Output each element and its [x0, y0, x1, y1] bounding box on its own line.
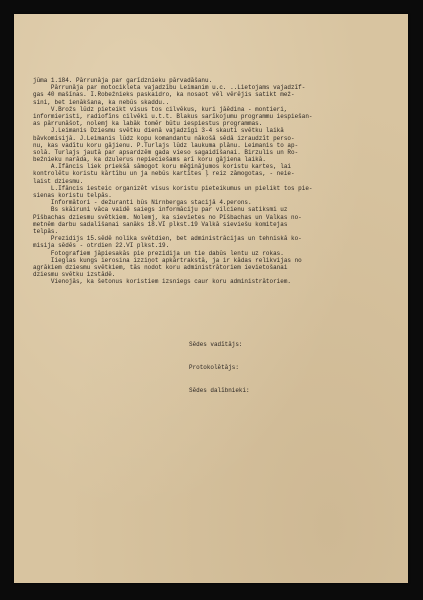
text-line: as pārrunāšot, nolemj ka labāk tomēr būt…: [33, 120, 403, 127]
text-line: sini, bet ienākšana, ka nebūs skaddu..: [33, 99, 403, 106]
text-line: gas 40 mašīnas. I.Robežnieks paskaidro, …: [33, 91, 403, 98]
text-line: Pārrunāja par motocikleta vajadzību Leim…: [33, 84, 403, 91]
text-line: Informātori - dežuranti būs Nirnbergas s…: [33, 199, 403, 206]
text-line: Bs skāiruni vāca vaidē saiegs informācij…: [33, 206, 403, 213]
text-line: misija sēdēs - otrdien 22.VI plkst.19.: [33, 242, 403, 249]
text-line: dziesmu svētku izstādē.: [33, 271, 403, 278]
text-line: L.Ifāncis iesteic organizēt visus korist…: [33, 185, 403, 192]
text-line: Iieglas kungs ierosina izziņot apkārtrak…: [33, 257, 403, 264]
text-line: Prezidijs 15.sēdē nolika svētdien, bet a…: [33, 235, 403, 242]
signature-chair-label: Sēdes vadītājs:: [189, 341, 242, 348]
text-line: kontrolētu koristu kārtību un ja nebūs k…: [33, 170, 403, 177]
document-body: jūma 1.184. Pārrunāja par garīdznieku pā…: [33, 77, 403, 285]
signature-members-label: Sēdes dalībnieki:: [189, 387, 250, 394]
text-line: nu, kas vadītu koru gājienu. P.Turlajs l…: [33, 142, 403, 149]
text-line: jūma 1.184. Pārrunāja par garīdznieku pā…: [33, 77, 403, 84]
text-line: sienas koristu telpās.: [33, 192, 403, 199]
text-line: bāvkomisijā. J.Leimanis lūdz kopu komand…: [33, 135, 403, 142]
text-line: agrākiem dziesmu svētkiem, tās nodot kor…: [33, 264, 403, 271]
text-line: laist dziesmu.: [33, 178, 403, 185]
text-line: metnēm darbu sadalīšanai sanāks 18.VI pl…: [33, 221, 403, 228]
text-line: Pīšbachas dziesmu svētkiem. Nolemj, ka s…: [33, 214, 403, 221]
text-line: A.Ifāncis liek priekšā sāmogot koru mēģi…: [33, 163, 403, 170]
text-line: V.Brožs lūdz pieteikt visus tos cilvēkus…: [33, 106, 403, 113]
text-line: solā. Turlajs jautā par apsardzēm gada v…: [33, 149, 403, 156]
text-line: informieristi, radiofīns cilvēki u.t.t. …: [33, 113, 403, 120]
text-line: Fotografiem jāpiesakās pie prezidija un …: [33, 250, 403, 257]
text-line: telpās.: [33, 228, 403, 235]
text-line: J.Leimanis Dziesmu svētku dienā vajadzīg…: [33, 127, 403, 134]
text-line: Vienojās, ka šetonus koristiem izsniegs …: [33, 278, 403, 285]
document-page: jūma 1.184. Pārrunāja par garīdznieku pā…: [14, 14, 408, 583]
signature-secretary-label: Protokolētājs:: [189, 364, 239, 371]
text-line: bežnieku narāda, ka dzulerus nepieciešam…: [33, 156, 403, 163]
